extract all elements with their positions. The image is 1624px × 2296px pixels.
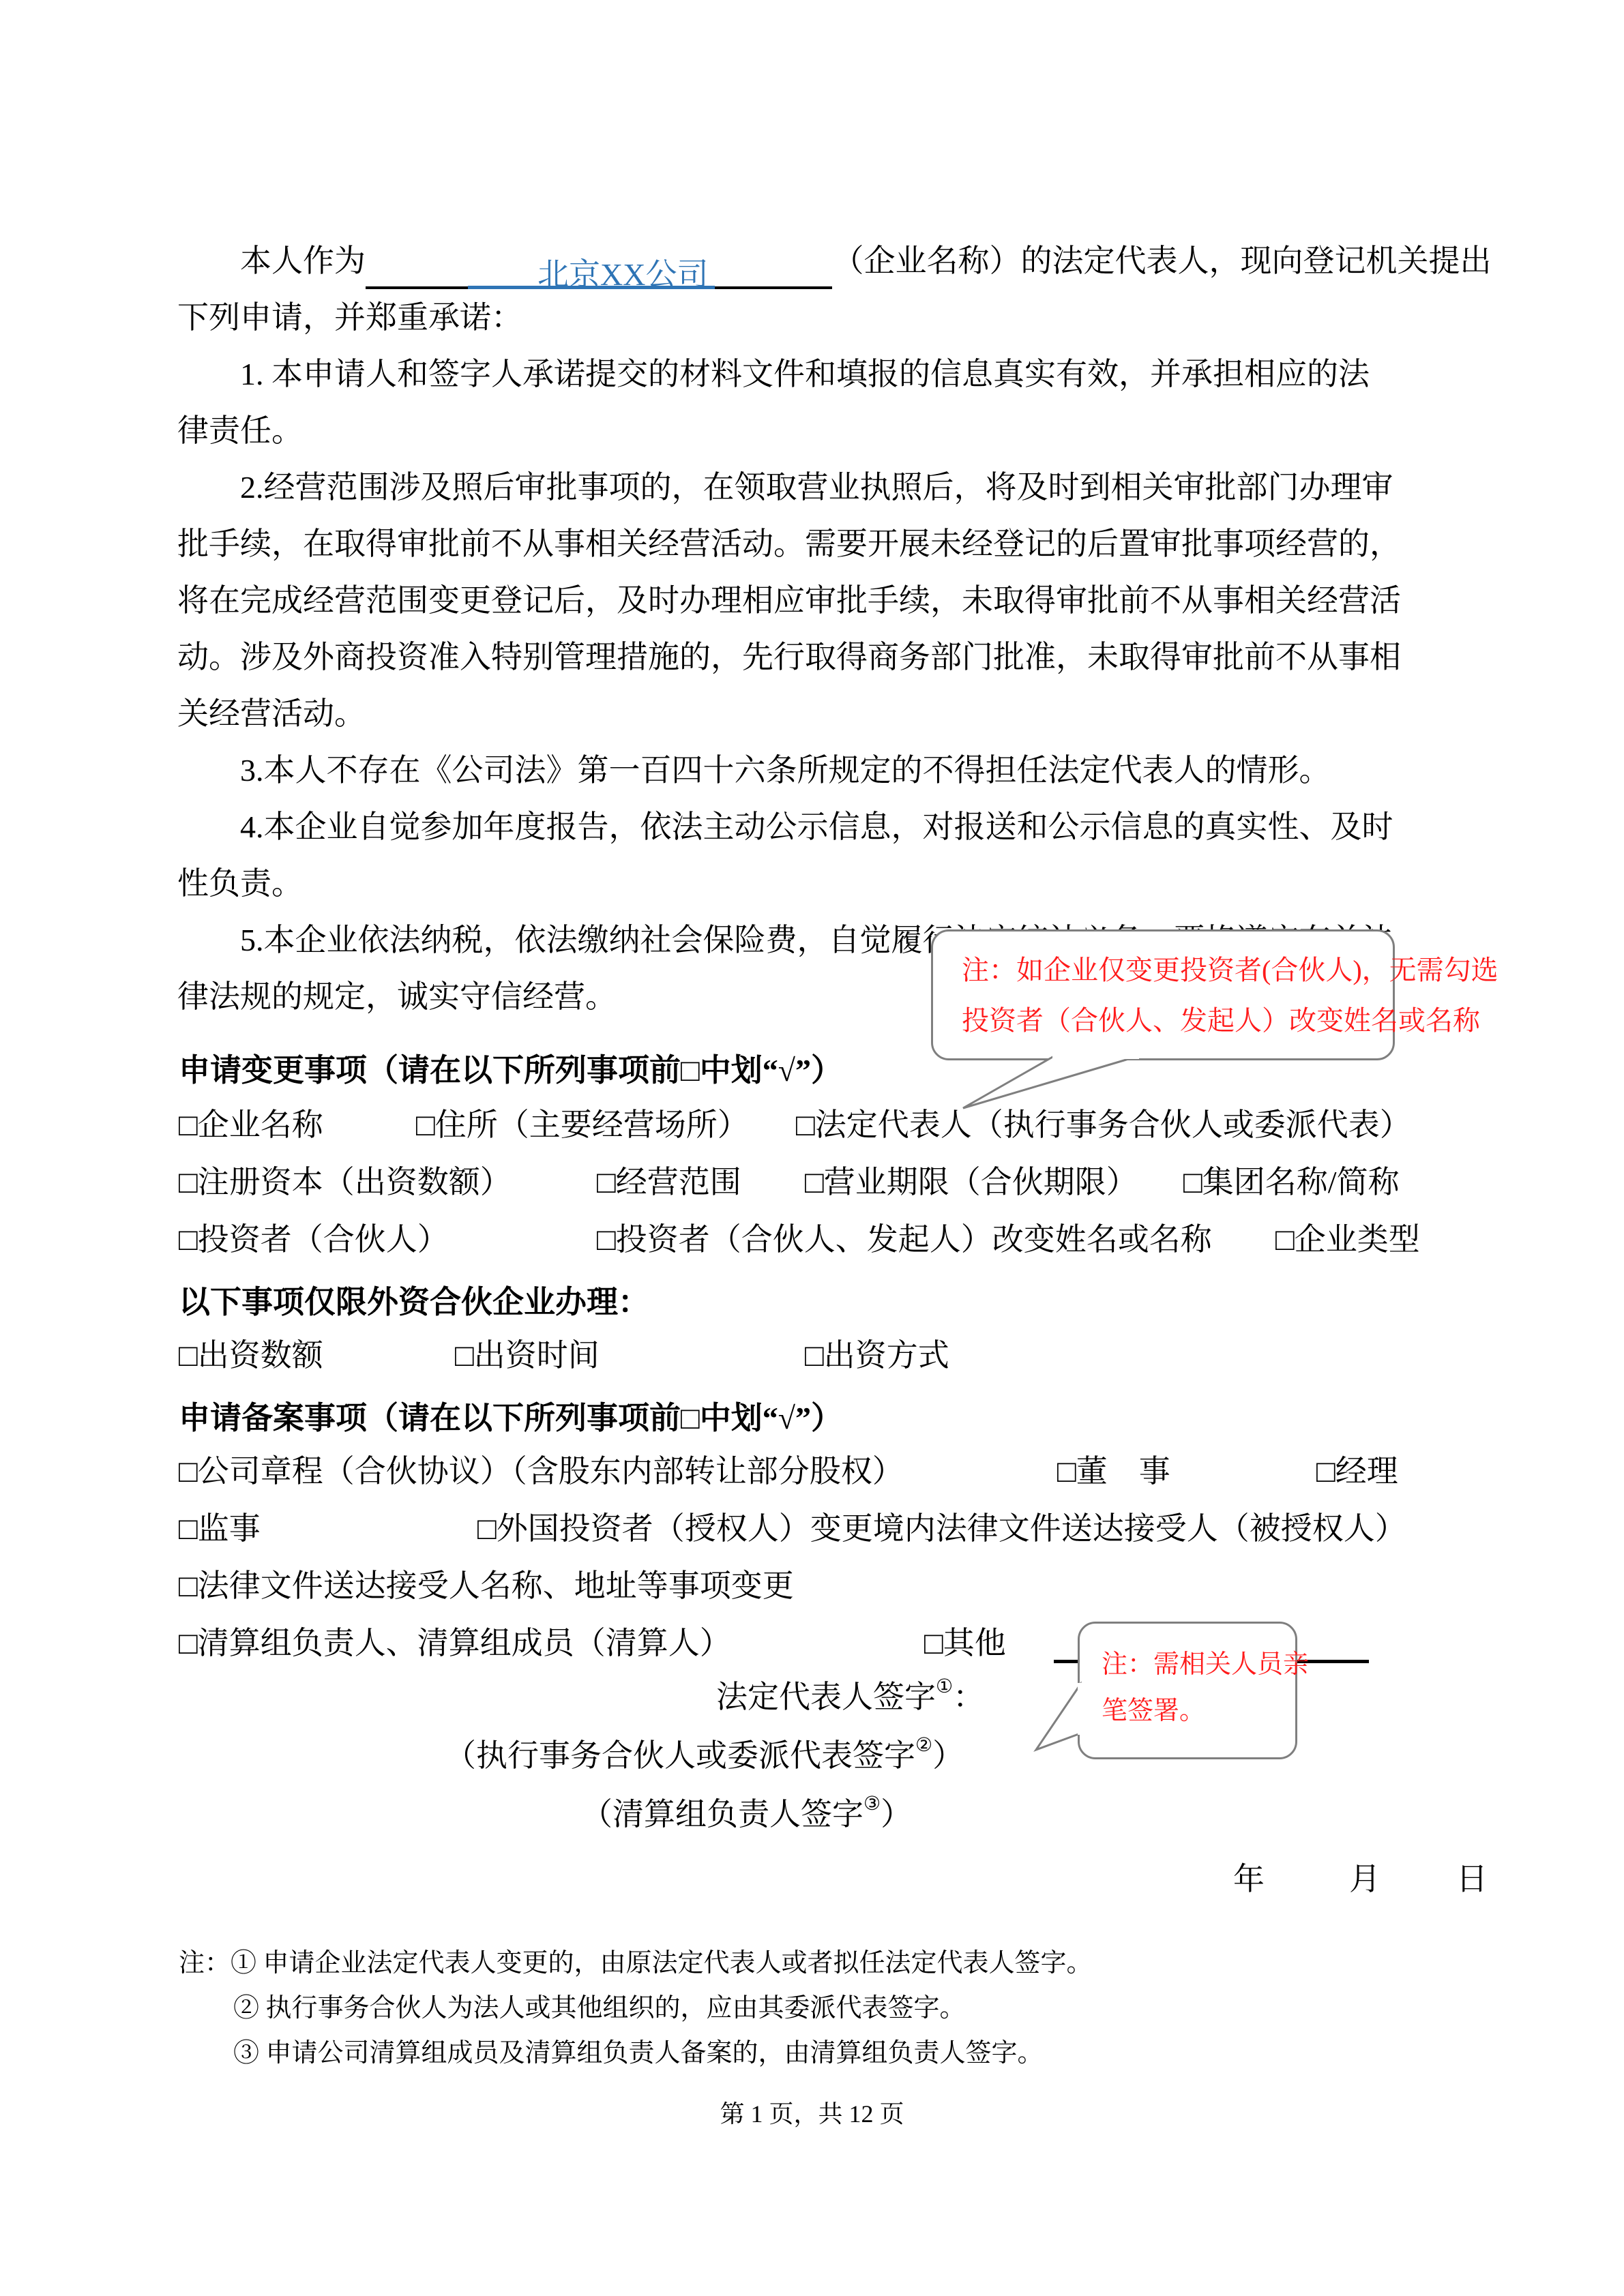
checkbox-icon: □ xyxy=(179,1454,198,1489)
commitment-2-line-4: 动。涉及外商投资准入特别管理措施的，先行取得商务部门批准，未取得审批前不从事相 xyxy=(177,629,1487,685)
commitment-1-line-2: 律责任。 xyxy=(177,402,1487,459)
signature-line-liquidation-leader-close: ） xyxy=(881,1797,912,1832)
footnotes-block: 注：① 申请企业法定代表人变更的，由原法定代表人或者拟任法定代表人签字。 ② 执… xyxy=(179,1941,1488,2076)
checkbox-icon: □ xyxy=(455,1338,474,1373)
checkbox-item-manager[interactable]: □经理 xyxy=(1316,1450,1398,1493)
checkbox-label: 出资时间 xyxy=(474,1338,600,1373)
checkbox-icon: □ xyxy=(597,1165,616,1199)
checkbox-icon: □ xyxy=(477,1511,497,1546)
checkbox-icon: □ xyxy=(924,1626,943,1660)
checkbox-item-supervisor[interactable]: □监事 xyxy=(179,1507,261,1551)
footnote-2: ② 执行事务合伙人为法人或其他组织的，应由其委派代表签字。 xyxy=(179,1986,1488,2031)
checkbox-icon: □ xyxy=(1275,1222,1295,1257)
checkbox-item-directors[interactable]: □董 事 xyxy=(1057,1450,1170,1493)
footnote-3: ③ 申请公司清算组成员及清算组负责人备案的，由清算组负责人签字。 xyxy=(179,2031,1488,2076)
signature-line-liquidation-leader: （清算组负责人签字③） xyxy=(581,1789,912,1834)
checkbox-item-registered-capital[interactable]: □注册资本（出资数额） xyxy=(179,1161,512,1204)
checkbox-icon: □ xyxy=(1057,1454,1076,1489)
checkbox-icon: □ xyxy=(805,1338,824,1373)
change-row-1: □企业名称 □住所（主要经营场所） □法定代表人（执行事务合伙人或委派代表） xyxy=(179,1103,1488,1147)
checkbox-label: 经营范围 xyxy=(616,1165,741,1199)
checkbox-label: 公司章程（合伙协议）（含股东内部转让部分股权） xyxy=(198,1454,904,1489)
checkbox-item-contribution-method[interactable]: □出资方式 xyxy=(805,1334,949,1377)
signature-line-managing-partner: （执行事务合伙人或委派代表签字②） xyxy=(445,1731,964,1776)
checkbox-item-liquidation-group[interactable]: □清算组负责人、清算组成员（清算人） xyxy=(179,1622,731,1665)
checkbox-icon: □ xyxy=(179,1568,198,1603)
signature-line-legal-rep-text: 法定代表人签字 xyxy=(716,1680,936,1714)
checkbox-item-articles-of-association[interactable]: □公司章程（合伙协议）（含股东内部转让部分股权） xyxy=(179,1450,904,1493)
checkbox-label: 投资者（合伙人、发起人）改变姓名或名称 xyxy=(616,1222,1212,1257)
checkbox-icon: □ xyxy=(179,1626,198,1660)
footnote-ref-3: ③ xyxy=(863,1793,881,1815)
checkbox-label: 出资方式 xyxy=(824,1338,949,1373)
commitment-4-line-2: 性负责。 xyxy=(177,855,1487,912)
intro-line-1-prefix: 本人作为 xyxy=(240,243,366,278)
signature-line-managing-partner-close: ） xyxy=(932,1738,964,1773)
checkbox-icon: □ xyxy=(179,1222,198,1257)
note-callout-investor-change: 注：如企业仅变更投资者(合伙人)，无需勾选 投资者（合伙人、发起人）改变姓名或名… xyxy=(931,929,1395,1060)
checkbox-icon: □ xyxy=(416,1107,435,1142)
intro-line-1-suffix: （企业名称）的法定代表人，现向登记机关提出 xyxy=(832,243,1491,278)
checkbox-item-domicile[interactable]: □住所（主要经营场所） xyxy=(416,1103,749,1147)
checkbox-label: 住所（主要经营场所） xyxy=(435,1107,749,1142)
checkbox-item-contribution-amount[interactable]: □出资数额 xyxy=(179,1334,323,1377)
signature-line-legal-rep-colon: ： xyxy=(953,1680,984,1714)
checkbox-icon: □ xyxy=(805,1165,824,1199)
note-callout-signature-line-1: 注：需相关人员亲 xyxy=(1102,1641,1295,1688)
checkbox-item-foreign-investor-doc-recipient[interactable]: □外国投资者（授权人）变更境内法律文件送达接受人（被授权人） xyxy=(477,1507,1406,1551)
company-name-blank-right[interactable] xyxy=(715,247,832,289)
document-page: 本人作为北京XX公司（企业名称）的法定代表人，现向登记机关提出 下列申请，并郑重… xyxy=(0,0,1624,2296)
note-callout-signature-line-2: 笔签署。 xyxy=(1102,1688,1295,1734)
checkbox-label: 外国投资者（授权人）变更境内法律文件送达接受人（被授权人） xyxy=(497,1511,1406,1546)
signature-line-legal-rep: 法定代表人签字①： xyxy=(716,1672,984,1717)
note-callout-signature: 注：需相关人员亲 笔签署。 xyxy=(1078,1622,1297,1759)
signature-line-liquidation-leader-text: （清算组负责人签字 xyxy=(581,1797,863,1832)
date-day-label: 日 xyxy=(1456,1859,1488,1900)
checkbox-icon: □ xyxy=(179,1107,198,1142)
company-name-field[interactable]: 北京XX公司 xyxy=(468,246,715,289)
checkbox-label: 法定代表人（执行事务合伙人或委派代表） xyxy=(815,1107,1411,1142)
footnote-ref-2: ② xyxy=(915,1735,932,1756)
date-year-label: 年 xyxy=(1233,1859,1265,1900)
checkbox-item-investor-name-change[interactable]: □投资者（合伙人、发起人）改变姓名或名称 xyxy=(597,1218,1212,1262)
checkbox-label: 法律文件送达接受人名称、地址等事项变更 xyxy=(198,1568,794,1603)
filing-section-heading: 申请备案事项（请在以下所列事项前□中划“√”） xyxy=(179,1390,842,1446)
checkbox-label: 投资者（合伙人） xyxy=(198,1222,449,1257)
checkbox-icon: □ xyxy=(179,1165,198,1199)
company-name-blank-left[interactable] xyxy=(366,247,468,289)
checkbox-icon: □ xyxy=(179,1338,198,1373)
note-callout-investor-change-line-1: 注：如企业仅变更投资者(合伙人)，无需勾选 xyxy=(962,945,1372,996)
checkbox-icon: □ xyxy=(1316,1454,1335,1489)
checkbox-item-other[interactable]: □其他 xyxy=(924,1622,1006,1665)
checkbox-label: 其他 xyxy=(943,1626,1006,1660)
checkbox-label: 清算组负责人、清算组成员（清算人） xyxy=(198,1626,731,1660)
checkbox-item-business-term[interactable]: □营业期限（合伙期限） xyxy=(805,1161,1138,1204)
checkbox-item-company-name[interactable]: □企业名称 xyxy=(179,1103,323,1147)
checkbox-item-enterprise-type[interactable]: □企业类型 xyxy=(1275,1218,1420,1262)
checkbox-item-legal-doc-recipient-change[interactable]: □法律文件送达接受人名称、地址等事项变更 xyxy=(179,1564,794,1608)
footnote-1: 注：① 申请企业法定代表人变更的，由原法定代表人或者拟任法定代表人签字。 xyxy=(179,1941,1488,1986)
checkbox-label: 企业类型 xyxy=(1295,1222,1420,1257)
foreign-row-1: □出资数额 □出资时间 □出资方式 xyxy=(179,1334,1488,1377)
intro-line-2: 下列申请，并郑重承诺： xyxy=(177,289,1487,346)
page-number: 第 1 页，共 12 页 xyxy=(0,2095,1624,2130)
commitment-3-line-1: 3.本人不存在《公司法》第一百四十六条所规定的不得担任法定代表人的情形。 xyxy=(177,742,1487,799)
checkbox-item-investor[interactable]: □投资者（合伙人） xyxy=(179,1218,449,1262)
change-row-3: □投资者（合伙人） □投资者（合伙人、发起人）改变姓名或名称 □企业类型 xyxy=(179,1218,1488,1262)
checkbox-icon: □ xyxy=(179,1511,198,1546)
checkbox-icon: □ xyxy=(1183,1165,1202,1199)
commitment-4-line-1: 4.本企业自觉参加年度报告，依法主动公示信息，对报送和公示信息的真实性、及时 xyxy=(177,799,1487,855)
checkbox-icon: □ xyxy=(796,1107,815,1142)
checkbox-label: 营业期限（合伙期限） xyxy=(824,1165,1138,1199)
checkbox-label: 出资数额 xyxy=(198,1338,323,1373)
filing-row-1: □公司章程（合伙协议）（含股东内部转让部分股权） □董 事 □经理 xyxy=(179,1450,1488,1493)
filing-row-2: □监事 □外国投资者（授权人）变更境内法律文件送达接受人（被授权人） xyxy=(179,1507,1488,1551)
checkbox-label: 集团名称/简称 xyxy=(1202,1165,1400,1199)
commitment-1-line-1: 1. 本申请人和签字人承诺提交的材料文件和填报的信息真实有效，并承担相应的法 xyxy=(177,346,1487,402)
change-section-heading: 申请变更事项（请在以下所列事项前□中划“√”） xyxy=(179,1042,842,1099)
change-row-2: □注册资本（出资数额） □经营范围 □营业期限（合伙期限） □集团名称/简称 xyxy=(179,1161,1488,1204)
footnote-ref-1: ① xyxy=(936,1676,953,1697)
commitment-2-line-5: 关经营活动。 xyxy=(177,685,1487,742)
checkbox-item-legal-representative[interactable]: □法定代表人（执行事务合伙人或委派代表） xyxy=(796,1103,1411,1147)
checkbox-label: 经理 xyxy=(1335,1454,1398,1489)
checkbox-label: 注册资本（出资数额） xyxy=(198,1165,512,1199)
commitment-2-line-1: 2.经营范围涉及照后审批事项的，在领取营业执照后，将及时到相关审批部门办理审 xyxy=(177,459,1487,516)
date-month-label: 月 xyxy=(1349,1859,1381,1900)
note-callout-investor-change-line-2: 投资者（合伙人、发起人）改变姓名或名称 xyxy=(962,996,1372,1046)
checkbox-label: 监事 xyxy=(198,1511,261,1546)
checkbox-icon: □ xyxy=(597,1222,616,1257)
checkbox-label: 企业名称 xyxy=(198,1107,323,1142)
signature-line-managing-partner-text: （执行事务合伙人或委派代表签字 xyxy=(445,1738,915,1773)
filing-row-3: □法律文件送达接受人名称、地址等事项变更 xyxy=(179,1564,1488,1608)
foreign-section-heading: 以下事项仅限外资合伙企业办理： xyxy=(179,1274,649,1330)
commitment-2-line-2: 批手续，在取得审批前不从事相关经营活动。需要开展未经登记的后置审批事项经营的， xyxy=(177,516,1487,572)
checkbox-item-group-name[interactable]: □集团名称/简称 xyxy=(1183,1161,1400,1204)
checkbox-label: 董 事 xyxy=(1076,1454,1170,1489)
checkbox-item-business-scope[interactable]: □经营范围 xyxy=(597,1161,741,1204)
intro-block: 本人作为北京XX公司（企业名称）的法定代表人，现向登记机关提出 下列申请，并郑重… xyxy=(177,233,1487,1025)
checkbox-item-contribution-time[interactable]: □出资时间 xyxy=(455,1334,600,1377)
commitment-2-line-3: 将在完成经营范围变更登记后，及时办理相应审批手续，未取得审批前不从事相关经营活 xyxy=(177,572,1487,629)
intro-line-1: 本人作为北京XX公司（企业名称）的法定代表人，现向登记机关提出 xyxy=(177,233,1487,289)
